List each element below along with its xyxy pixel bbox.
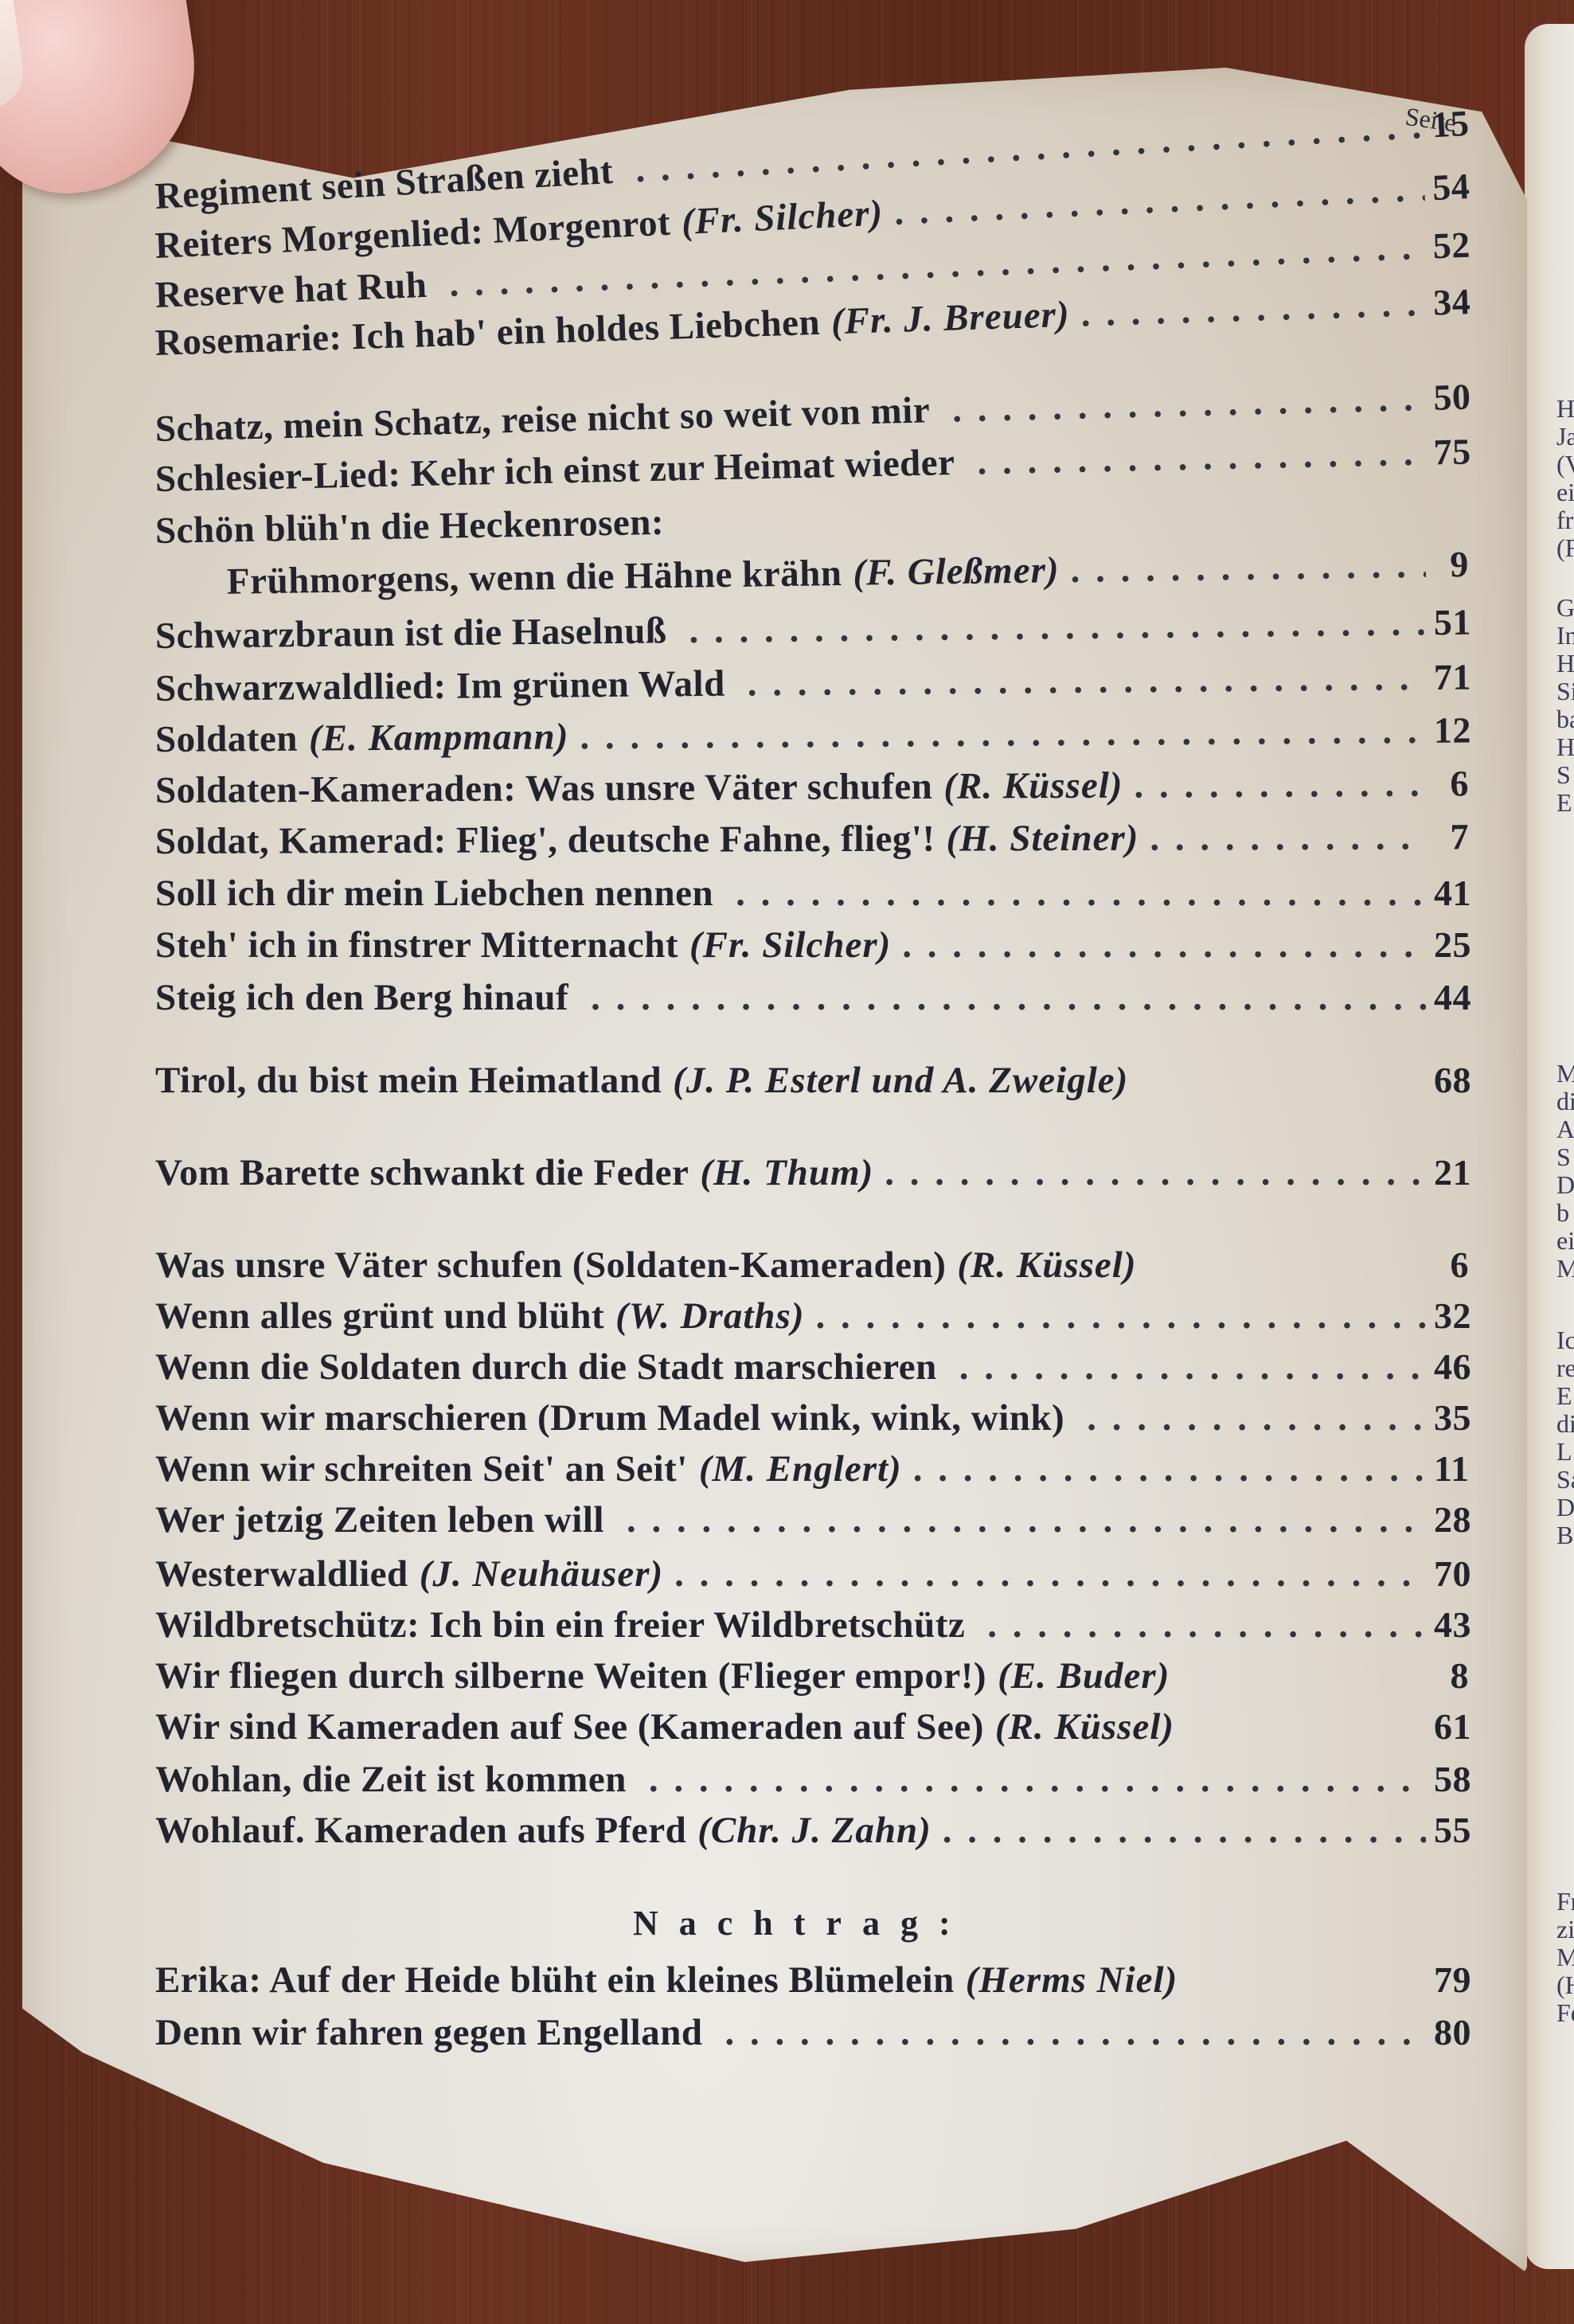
page-number: 6 — [1434, 1244, 1469, 1286]
song-title: Soldaten — [155, 717, 298, 761]
song-title: Soll ich dir mein Liebchen nennen — [155, 872, 713, 915]
leader-dots — [913, 1447, 1426, 1490]
page-number: 11 — [1434, 1447, 1469, 1490]
leader-dots — [902, 924, 1426, 967]
page-number: 54 — [1431, 165, 1468, 209]
leader-dots — [1134, 763, 1426, 807]
facing-fragment: Si — [1556, 677, 1574, 705]
page-number: 80 — [1434, 2011, 1469, 2053]
page-number: 51 — [1434, 601, 1470, 643]
song-composer: (W. Draths) — [615, 1295, 804, 1338]
facing-fragment: (F — [1556, 533, 1574, 562]
song-title: Westerwaldlied — [155, 1553, 408, 1596]
page-number: 21 — [1434, 1151, 1469, 1193]
page-number: 43 — [1434, 1603, 1469, 1646]
leader-dots — [580, 709, 1426, 758]
toc-entry: Steig ich den Berg hinauf 44 — [155, 976, 1469, 1024]
song-composer: (H. Steiner) — [946, 817, 1139, 861]
song-composer: (Fr. Silcher) — [681, 192, 884, 244]
page-number: 8 — [1434, 1654, 1469, 1697]
toc-entry: Wenn wir marschieren (Drum Madel wink, w… — [155, 1396, 1469, 1444]
facing-fragment: H — [1556, 394, 1574, 423]
song-title: Wir sind Kameraden auf See (Kameraden au… — [155, 1705, 984, 1748]
leader-dots — [748, 656, 1427, 705]
song-title: Schwarzbraun ist die Haselnuß — [155, 609, 667, 658]
song-composer: (R. Küssel) — [957, 1244, 1136, 1287]
song-composer: (J. Neuhäuser) — [420, 1553, 663, 1596]
song-composer: (Fr. J. Breuer) — [830, 293, 1070, 343]
page-number: 75 — [1433, 430, 1469, 473]
page-number: 15 — [1431, 102, 1468, 146]
page-number: 25 — [1434, 924, 1469, 966]
leader-dots — [1070, 544, 1426, 592]
song-title: Wohlauf. Kameraden aufs Pferd — [155, 1809, 686, 1852]
leader-dots — [725, 2011, 1427, 2054]
toc-entry: Was unsre Väter schufen (Soldaten-Kamera… — [155, 1244, 1469, 1291]
leader-dots — [815, 1295, 1426, 1338]
song-composer: (H. Thum) — [700, 1151, 873, 1194]
facing-fragment: re — [1556, 1353, 1574, 1382]
page-number: 61 — [1434, 1705, 1469, 1748]
leader-dots — [885, 1151, 1426, 1194]
page-number: 55 — [1434, 1809, 1469, 1851]
song-title: Wildbretschütz: Ich bin ein freier Wildb… — [155, 1603, 965, 1646]
toc-entry: Soldaten-Kameraden: Was unsre Väter schu… — [155, 762, 1469, 817]
song-title: Vom Barette schwankt die Feder — [155, 1151, 689, 1194]
page-number: 79 — [1434, 1959, 1469, 2001]
page-number: 6 — [1434, 762, 1469, 804]
toc-entry: Wir fliegen durch silberne Weiten (Flieg… — [155, 1654, 1469, 1702]
facing-fragment: Bl — [1556, 1521, 1574, 1549]
page-number: 71 — [1434, 656, 1469, 698]
toc-entry: Wenn alles grünt und blüht (W. Draths) 3… — [155, 1295, 1469, 1342]
facing-fragment: Fe — [1556, 1998, 1574, 2027]
song-title: Soldaten-Kameraden: Was unsre Väter schu… — [155, 765, 933, 812]
facing-fragment: S — [1556, 760, 1571, 789]
facing-fragment: (V — [1556, 450, 1574, 478]
page-number: 7 — [1434, 815, 1469, 857]
facing-fragment: di — [1556, 1087, 1574, 1115]
leader-dots — [1150, 815, 1426, 859]
leader-dots — [627, 1498, 1426, 1541]
toc-entry: Westerwaldlied (J. Neuhäuser) 70 — [155, 1553, 1469, 1600]
leader-dots — [689, 601, 1426, 652]
facing-fragment: b — [1556, 1198, 1569, 1227]
page-number: 12 — [1434, 709, 1469, 751]
facing-fragment: M — [1556, 1059, 1574, 1088]
toc-entry: Wenn wir schreiten Seit' an Seit' (M. En… — [155, 1447, 1469, 1495]
toc-entry: Wohlan, die Zeit ist kommen 58 — [155, 1758, 1469, 1806]
song-title: Tirol, du bist mein Heimatland — [155, 1059, 662, 1102]
page-number: 58 — [1434, 1758, 1469, 1800]
song-composer: (E. Kampmann) — [309, 715, 569, 760]
facing-fragment: H — [1556, 649, 1574, 678]
leader-dots — [987, 1603, 1426, 1646]
song-composer: (J. P. Esterl und A. Zweigle) — [673, 1059, 1128, 1102]
song-title: Wir fliegen durch silberne Weiten (Flieg… — [155, 1654, 986, 1697]
toc-entry: Wenn die Soldaten durch die Stadt marsch… — [155, 1346, 1469, 1393]
leader-dots — [686, 521, 1426, 533]
toc-entry: Soldaten (E. Kampmann) 12 — [155, 709, 1469, 766]
facing-fragment: D — [1556, 1493, 1574, 1521]
toc-entry: Wildbretschütz: Ich bin ein freier Wildb… — [155, 1603, 1469, 1651]
song-title: Frühmorgens, wenn die Hähne krähn — [155, 552, 842, 604]
toc-entry: Denn wir fahren gegen Engelland 80 — [155, 2011, 1469, 2059]
toc-entry: Wohlauf. Kameraden aufs Pferd (Chr. J. Z… — [155, 1809, 1469, 1857]
song-title: Wenn wir schreiten Seit' an Seit' — [155, 1447, 688, 1490]
page-number: 34 — [1432, 280, 1469, 323]
song-title: Erika: Auf der Heide blüht ein kleines B… — [155, 1959, 955, 2002]
page-number: 9 — [1433, 543, 1469, 586]
song-composer: (Herms Niel) — [966, 1959, 1178, 2002]
toc-entry: Wer jetzig Zeiten leben will 28 — [155, 1498, 1469, 1546]
facing-fragment: ei — [1556, 478, 1574, 506]
facing-fragment: zi — [1556, 1915, 1574, 1943]
toc-entry: Soldat, Kamerad: Flieg', deutsche Fahne,… — [155, 815, 1469, 868]
song-composer: (F. Gleßmer) — [853, 549, 1060, 595]
song-title: Denn wir fahren gegen Engelland — [155, 2011, 703, 2054]
song-composer: (Chr. J. Zahn) — [697, 1809, 931, 1852]
song-title: Soldat, Kamerad: Flieg', deutsche Fahne,… — [155, 818, 935, 863]
toc-entry: Vom Barette schwankt die Feder (H. Thum)… — [155, 1151, 1469, 1199]
page-number: 46 — [1434, 1346, 1469, 1388]
facing-fragment: Ic — [1556, 1326, 1574, 1354]
song-composer: (E. Buder) — [998, 1654, 1170, 1697]
page-number — [1434, 520, 1469, 521]
page-number: 52 — [1432, 224, 1469, 268]
facing-fragment: di — [1556, 1409, 1574, 1438]
page-number: 41 — [1434, 872, 1469, 914]
song-title: Schwarzwaldlied: Im grünen Wald — [155, 662, 725, 710]
page-number: 44 — [1434, 976, 1469, 1018]
song-composer: (R. Küssel) — [995, 1705, 1174, 1748]
page-number: 68 — [1434, 1059, 1469, 1101]
page-number: 50 — [1433, 376, 1469, 419]
facing-fragment: Fr — [1556, 1887, 1574, 1916]
leader-dots — [1087, 1396, 1426, 1439]
toc-entry: Erika: Auf der Heide blüht ein kleines B… — [155, 1959, 1469, 2006]
leader-dots — [959, 1346, 1426, 1389]
page-number: 28 — [1434, 1498, 1469, 1541]
song-title: Was unsre Väter schufen (Soldaten-Kamera… — [155, 1244, 946, 1287]
thumbnail — [0, 0, 28, 111]
song-title: Wenn alles grünt und blüht — [155, 1295, 604, 1338]
toc-entry: Wir sind Kameraden auf See (Kameraden au… — [155, 1705, 1469, 1753]
song-title: Wohlan, die Zeit ist kommen — [155, 1758, 627, 1801]
page-number: 35 — [1434, 1396, 1469, 1439]
supplement-heading: Nachtrag: — [633, 1903, 971, 1943]
leader-dots — [977, 432, 1426, 484]
toc-entry: Steh' ich in finstrer Mitternacht (Fr. S… — [155, 924, 1469, 971]
song-title: Wenn die Soldaten durch die Stadt marsch… — [155, 1346, 937, 1389]
facing-fragment: H — [1556, 732, 1574, 761]
leader-dots — [649, 1758, 1426, 1801]
facing-fragment: L — [1556, 1437, 1572, 1466]
facing-fragment: M — [1556, 1254, 1574, 1283]
song-title: Steh' ich in finstrer Mitternacht — [155, 924, 678, 967]
facing-fragment: S — [1556, 1142, 1571, 1171]
facing-fragment: (H — [1556, 1971, 1574, 1999]
song-title: Steig ich den Berg hinauf — [155, 976, 568, 1019]
facing-fragment: E — [1556, 788, 1572, 817]
song-title: Wenn wir marschieren (Drum Madel wink, w… — [155, 1396, 1064, 1439]
facing-fragment: ei — [1556, 1226, 1574, 1255]
leader-dots — [674, 1553, 1426, 1596]
facing-fragment: M — [1556, 1943, 1574, 1971]
facing-fragment: ba — [1556, 705, 1574, 733]
leader-dots — [736, 872, 1426, 915]
facing-fragment: E — [1556, 1381, 1572, 1410]
page-number: 70 — [1434, 1553, 1469, 1595]
facing-fragment: D — [1556, 1170, 1574, 1199]
leader-dots — [591, 976, 1426, 1019]
toc-entry: Soll ich dir mein Liebchen nennen 41 — [155, 872, 1469, 920]
facing-fragment: G — [1556, 593, 1574, 622]
song-composer: (Fr. Silcher) — [689, 924, 891, 967]
facing-fragment: A — [1556, 1115, 1574, 1143]
song-composer: (R. Küssel) — [943, 764, 1123, 808]
facing-fragment: fr — [1556, 506, 1573, 534]
facing-fragment: Sa — [1556, 1465, 1574, 1494]
page-number: 32 — [1434, 1295, 1469, 1337]
facing-fragment: Ja — [1556, 422, 1574, 451]
facing-fragment: In — [1556, 621, 1574, 650]
song-composer: (M. Englert) — [699, 1447, 902, 1490]
song-title: Schön blüh'n die Heckenrosen: — [154, 501, 664, 553]
leader-dots — [943, 1809, 1426, 1852]
toc-entry: Tirol, du bist mein Heimatland (J. P. Es… — [155, 1059, 1469, 1107]
song-title: Wer jetzig Zeiten leben will — [155, 1498, 604, 1541]
